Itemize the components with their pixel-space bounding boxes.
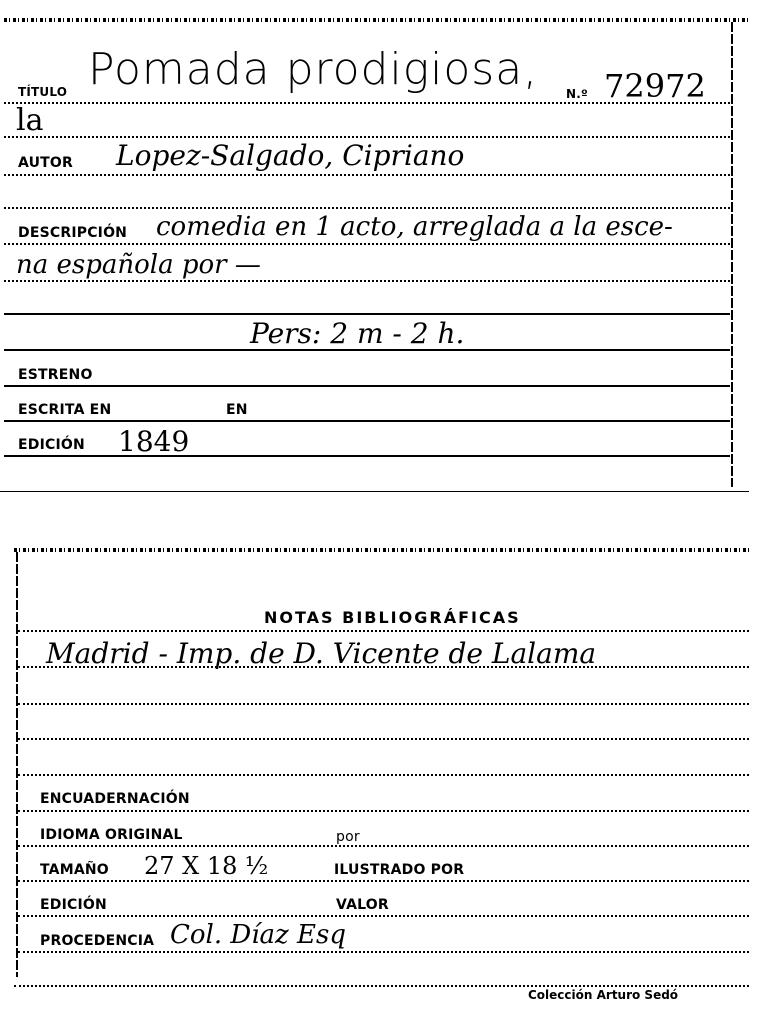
titulo-line xyxy=(4,102,730,104)
notas-line-1 xyxy=(18,630,749,632)
en-label: EN xyxy=(226,403,248,417)
procedencia-line xyxy=(18,951,749,953)
descripcion-line-3 xyxy=(4,313,730,315)
card-bottom-edge-line xyxy=(14,985,749,987)
notas-line-2 xyxy=(18,666,749,668)
notas-line-4 xyxy=(18,738,749,740)
idioma-original-label: IDIOMA ORIGINAL xyxy=(40,828,183,842)
edicion-line xyxy=(4,455,730,457)
encuadernacion-line xyxy=(18,810,749,812)
edicion-label: EDICIÓN xyxy=(18,438,85,452)
descripcion-line-2 xyxy=(4,280,730,282)
escrita-en-line xyxy=(4,420,730,422)
procedencia-value: Col. Díaz Esq xyxy=(170,922,346,948)
notas-heading: NOTAS BIBLIOGRÁFICAS xyxy=(264,610,521,626)
personajes-line xyxy=(4,349,730,351)
procedencia-label: PROCEDENCIA xyxy=(40,934,154,948)
descripcion-label: DESCRIPCIÓN xyxy=(18,226,127,240)
autor-label: AUTOR xyxy=(18,156,73,170)
estreno-label: ESTRENO xyxy=(18,368,93,382)
card-bottom-edge xyxy=(14,548,749,552)
notas-line-3 xyxy=(18,703,749,705)
encuadernacion-label: ENCUADERNACIÓN xyxy=(40,792,190,806)
titulo-value: Pomada prodigiosa, xyxy=(88,48,538,92)
descripcion-value: comedia en 1 acto, arreglada a la esce- xyxy=(156,214,673,240)
valor-label: VALOR xyxy=(336,898,389,912)
edicion-bottom-label: EDICIÓN xyxy=(40,898,107,912)
tamano-line xyxy=(18,880,749,882)
notas-value: Madrid - Imp. de D. Vicente de Lalama xyxy=(46,640,596,668)
tamano-label: TAMAÑO xyxy=(40,863,109,877)
ilustrado-por-label: ILUSTRADO POR xyxy=(334,863,464,877)
edicion-value: 1849 xyxy=(118,428,189,456)
numero-value: 72972 xyxy=(604,70,706,102)
numero-label: N.º xyxy=(566,88,588,100)
card-separator xyxy=(0,491,749,492)
descripcion-line xyxy=(4,243,730,245)
estreno-line xyxy=(4,385,730,387)
autor-line-2 xyxy=(4,207,730,209)
por-label: por xyxy=(336,830,360,844)
titulo-line-2 xyxy=(4,136,730,138)
autor-line xyxy=(4,174,730,176)
card-bottom-left-border xyxy=(16,552,18,977)
tamano-value: 27 X 18 ½ xyxy=(144,854,268,878)
card-top-edge xyxy=(4,18,748,22)
card-top-right-border xyxy=(731,22,733,487)
titulo-label: TÍTULO xyxy=(18,86,67,98)
idioma-line xyxy=(18,845,749,847)
collection-footer: Colección Arturo Sedó xyxy=(528,988,678,1002)
escrita-en-label: ESCRITA EN xyxy=(18,403,111,417)
descripcion-continuation: na española por — xyxy=(16,252,261,278)
personajes-value: Pers: 2 m - 2 h. xyxy=(250,320,464,348)
notas-line-5 xyxy=(18,774,749,776)
titulo-continuation: la xyxy=(16,106,43,136)
autor-value: Lopez-Salgado, Cipriano xyxy=(116,142,464,170)
edicion-bottom-line xyxy=(18,915,749,917)
